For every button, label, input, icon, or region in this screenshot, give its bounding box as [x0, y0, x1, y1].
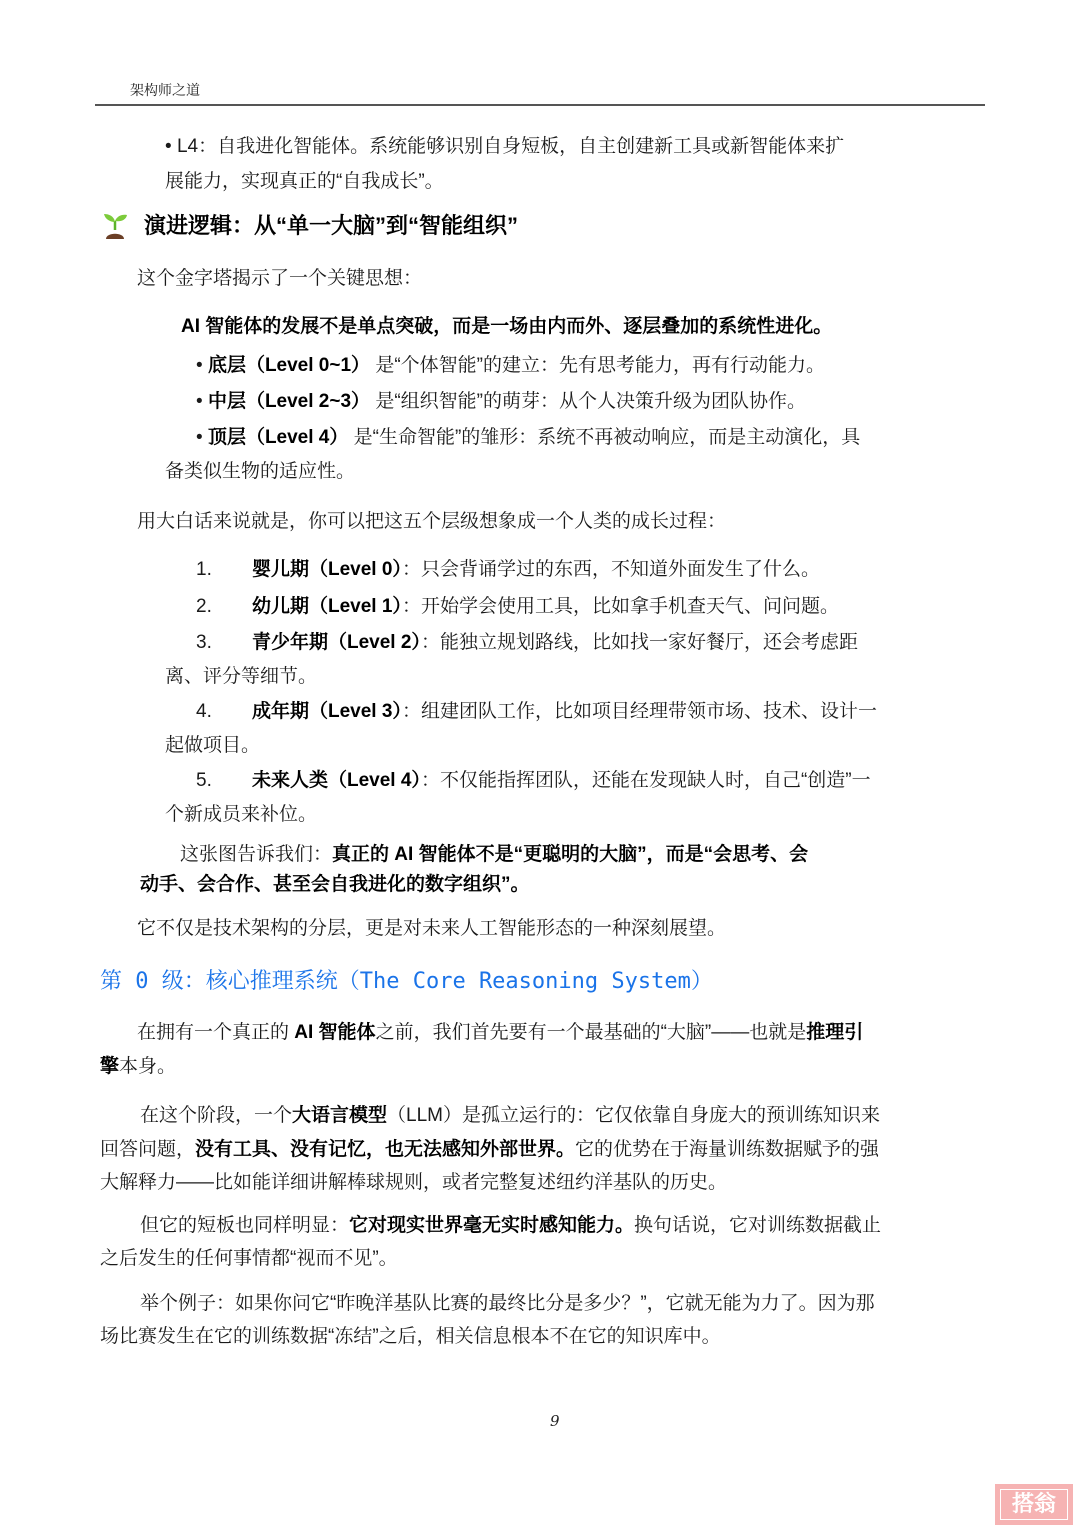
seal-text: 搭翁	[1000, 1489, 1068, 1520]
bold-text: AI 智能体	[294, 1022, 375, 1043]
conclusion-bold: 真正的 AI 智能体不是“更聪明的大脑”，而是“会思考、会	[332, 844, 808, 865]
section-heading-level0: 第 0 级：核心推理系统（The Core Reasoning System）	[100, 964, 713, 995]
layer-text: 是“组织智能”的萌芽：从个人决策升级为团队协作。	[375, 391, 806, 412]
text: 之前，我们首先要有一个最基础的“大脑”——也就是	[376, 1022, 807, 1043]
bullet: •	[165, 136, 172, 157]
stage-item-cont: 离、评分等细节。	[165, 660, 317, 694]
stage-text: ：能独立规划路线，比如找一家好餐厅，还会考虑距	[421, 632, 858, 653]
seedling-icon	[100, 210, 130, 240]
stage-text: ：组建团队工作，比如项目经理带领市场、技术、设计一	[402, 701, 877, 722]
layer-label: 底层（Level 0~1）	[208, 355, 370, 376]
pyramid-intro: 这个金字塔揭示了一个关键思想：	[137, 262, 422, 296]
text: 本身。	[119, 1056, 176, 1077]
bold-text: 擎	[100, 1056, 119, 1077]
paragraph-4-line2: 场比赛发生在它的训练数据“冻结”之后，相关信息根本不在它的知识库中。	[100, 1320, 721, 1354]
paragraph-4-line1: 举个例子：如果你问它“昨晚洋基队比赛的最终比分是多少？”，它就无能为力了。因为那	[140, 1287, 875, 1321]
stage-item-cont: 起做项目。	[165, 729, 260, 763]
bold-text: 推理引	[806, 1022, 863, 1043]
layer-item: • 顶层（Level 4） 是“生命智能”的雏形：系统不再被动响应，而是主动演化…	[196, 421, 986, 455]
stage-item-cont: 个新成员来补位。	[165, 798, 317, 832]
bold-text: 没有工具、没有记忆，也无法感知外部世界。	[195, 1139, 575, 1160]
layer-label: 顶层（Level 4）	[208, 427, 348, 448]
stage-text: ：不仅能指挥团队，还能在发现缺人时，自己“创造”一	[421, 770, 871, 791]
bold-text: 大语言模型	[292, 1105, 387, 1126]
watermark-seal: 搭翁	[995, 1484, 1073, 1525]
paragraph-3-line1: 但它的短板也同样明显：它对现实世界毫无实时感知能力。换句话说，它对训练数据截止	[140, 1209, 881, 1243]
conclusion-prefix: 这张图告诉我们：	[180, 844, 332, 865]
stage-label: 未来人类（Level 4）	[252, 770, 421, 791]
layer-item: • 底层（Level 0~1） 是“个体智能”的建立：先有思考能力，再有行动能力…	[196, 349, 825, 383]
paragraph-3-line2: 之后发生的任何事情都“视而不见”。	[100, 1242, 398, 1276]
bullet: •	[196, 355, 203, 376]
stage-item: 2.幼儿期（Level 1）：开始学会使用工具，比如拿手机查天气、问问题。	[196, 590, 839, 624]
text: 换句话说，它对训练数据截止	[634, 1215, 881, 1236]
analogy-intro: 用大白话来说就是，你可以把这五个层级想象成一个人类的成长过程：	[137, 505, 726, 539]
key-point: AI 智能体的发展不是单点突破，而是一场由内而外、逐层叠加的系统性进化。	[181, 310, 832, 344]
stage-item: 5.未来人类（Level 4）：不仅能指挥团队，还能在发现缺人时，自己“创造”一	[196, 764, 871, 798]
paragraph-1-line2: 擎本身。	[100, 1050, 176, 1084]
stage-number: 3.	[196, 626, 252, 660]
stage-number: 2.	[196, 590, 252, 624]
bullet: •	[196, 391, 203, 412]
layer-item-cont: 备类似生物的适应性。	[165, 455, 355, 489]
layer-item: • 中层（Level 2~3） 是“组织智能”的萌芽：从个人决策升级为团队协作。	[196, 385, 806, 419]
bold-text: 它对现实世界毫无实时感知能力。	[349, 1215, 634, 1236]
conclusion-line2: 动手、会合作、甚至会自我进化的数字组织”。	[140, 868, 530, 902]
bullet-label: L4	[177, 136, 198, 157]
layer-text: 是“个体智能”的建立：先有思考能力，再有行动能力。	[375, 355, 825, 376]
page-number: 9	[550, 1412, 560, 1430]
text: 在这个阶段，一个	[140, 1105, 292, 1126]
conclusion-line1: 这张图告诉我们：真正的 AI 智能体不是“更聪明的大脑”，而是“会思考、会	[180, 838, 808, 872]
text: 它的优势在于海量训练数据赋予的强	[575, 1139, 879, 1160]
header-title: 架构师之道	[130, 80, 200, 100]
stage-item: 4.成年期（Level 3）：组建团队工作，比如项目经理带领市场、技术、设计一	[196, 695, 877, 729]
stage-number: 1.	[196, 553, 252, 587]
stage-label: 青少年期（Level 2）	[252, 632, 421, 653]
section-heading-evolution: 演进逻辑：从“单一大脑”到“智能组织”	[100, 209, 518, 240]
text: （LLM）是孤立运行的：它仅依靠自身庞大的预训练知识来	[387, 1105, 880, 1126]
closing-text: 它不仅是技术架构的分层，更是对未来人工智能形态的一种深刻展望。	[137, 912, 726, 946]
text: 在拥有一个真正的	[137, 1022, 294, 1043]
stage-item: 1.婴儿期（Level 0）：只会背诵学过的东西，不知道外面发生了什么。	[196, 553, 820, 587]
paragraph-2-line3: 大解释力——比如能详细讲解棒球规则，或者完整复述纽约洋基队的历史。	[100, 1166, 727, 1200]
paragraph-2-line2: 回答问题，没有工具、没有记忆，也无法感知外部世界。它的优势在于海量训练数据赋予的…	[100, 1133, 879, 1167]
stage-number: 4.	[196, 695, 252, 729]
layer-label: 中层（Level 2~3）	[208, 391, 370, 412]
paragraph-2-line1: 在这个阶段，一个大语言模型（LLM）是孤立运行的：它仅依靠自身庞大的预训练知识来	[140, 1099, 880, 1133]
running-header: 架构师之道	[95, 78, 985, 106]
stage-text: ：开始学会使用工具，比如拿手机查天气、问问题。	[402, 596, 839, 617]
section-heading-text: 演进逻辑：从“单一大脑”到“智能组织”	[144, 209, 518, 240]
stage-number: 5.	[196, 764, 252, 798]
stage-label: 幼儿期（Level 1）	[252, 596, 402, 617]
l4-bullet-cont: 展能力，实现真正的“自我成长”。	[165, 165, 444, 199]
layer-text: 是“生命智能”的雏形：系统不再被动响应，而是主动演化，具	[354, 427, 861, 448]
paragraph-1-line1: 在拥有一个真正的 AI 智能体之前，我们首先要有一个最基础的“大脑”——也就是推…	[137, 1016, 987, 1050]
stage-label: 成年期（Level 3）	[252, 701, 402, 722]
bullet-text: ：自我进化智能体。系统能够识别自身短板，自主创建新工具或新智能体来扩	[198, 136, 844, 157]
l4-bullet-item: • L4：自我进化智能体。系统能够识别自身短板，自主创建新工具或新智能体来扩	[165, 130, 985, 164]
bullet: •	[196, 427, 203, 448]
stage-item: 3.青少年期（Level 2）：能独立规划路线，比如找一家好餐厅，还会考虑距	[196, 626, 858, 660]
stage-text: ：只会背诵学过的东西，不知道外面发生了什么。	[402, 559, 820, 580]
stage-label: 婴儿期（Level 0）	[252, 559, 402, 580]
text: 但它的短板也同样明显：	[140, 1215, 349, 1236]
text: 回答问题，	[100, 1139, 195, 1160]
